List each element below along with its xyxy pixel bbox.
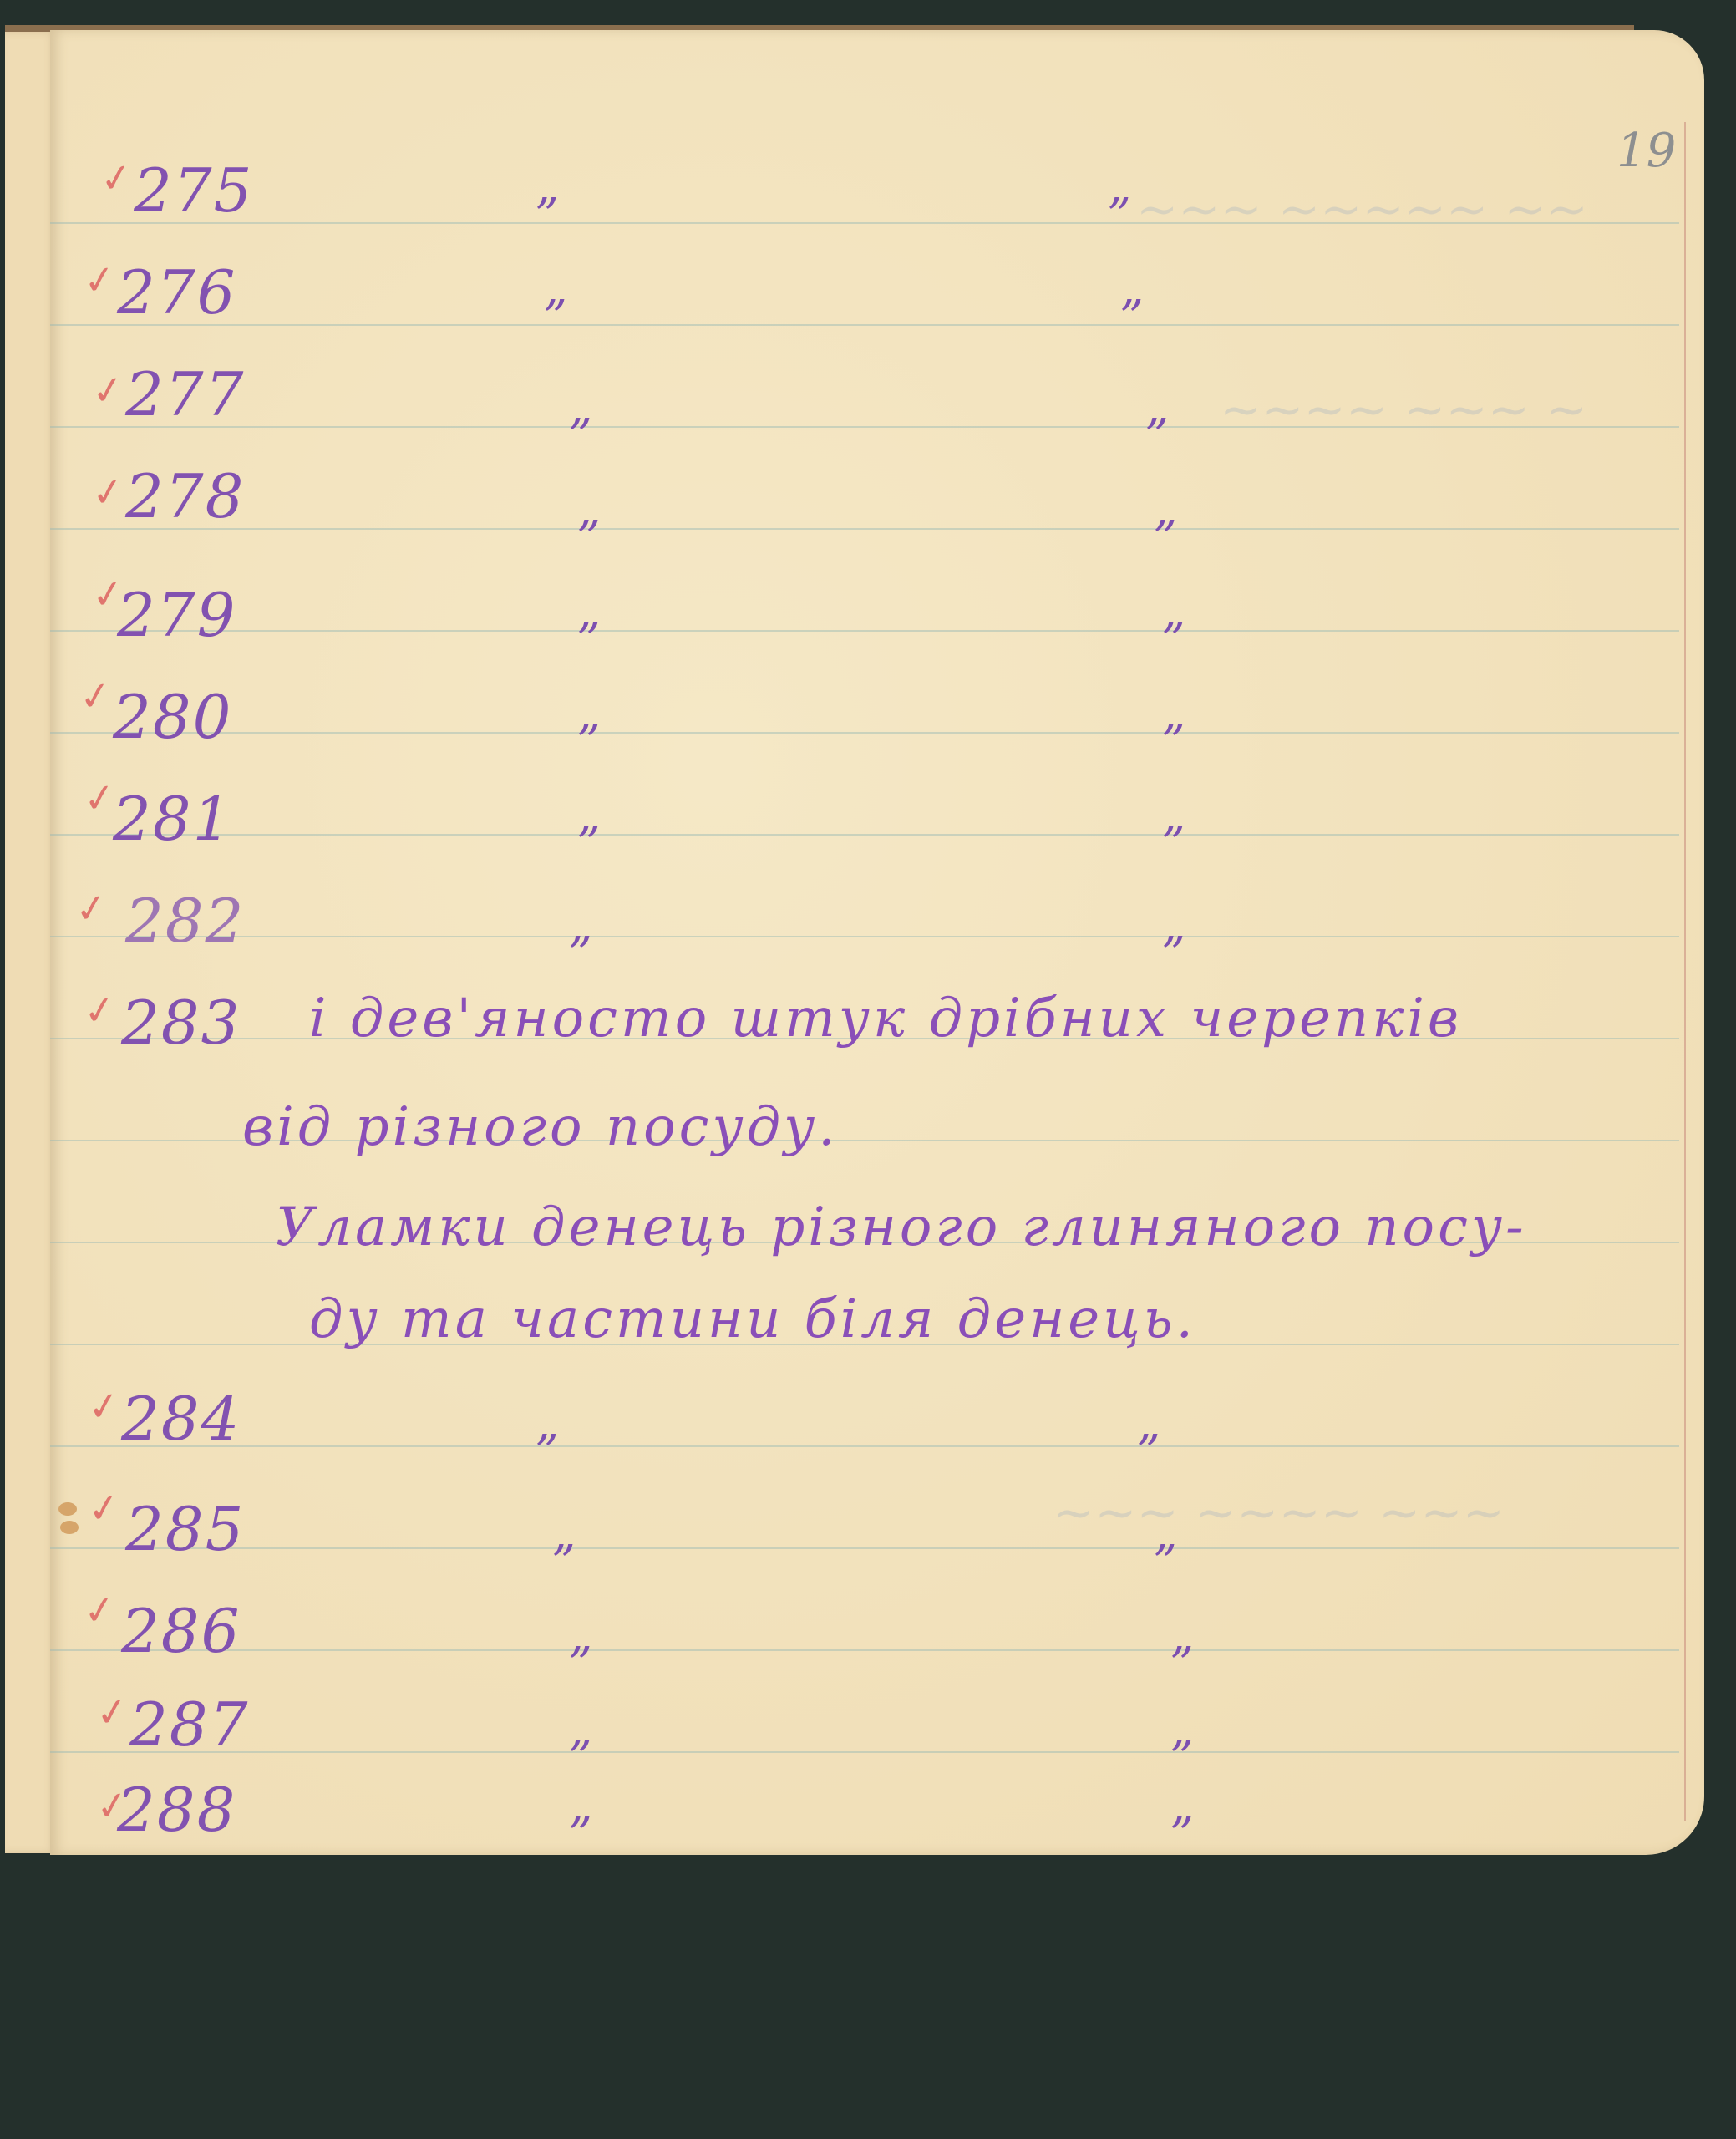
ditto-mark: ” bbox=[576, 715, 601, 770]
entry-number: 282 bbox=[125, 886, 245, 956]
list-item: ✓ 286 ” ” bbox=[50, 1588, 1704, 1679]
list-item: ✓ 279 ” ” bbox=[50, 563, 1704, 655]
ditto-mark: ” bbox=[1145, 409, 1169, 464]
entry-number: 283 bbox=[121, 988, 241, 1058]
stain bbox=[60, 1521, 79, 1534]
checkmark-icon: ✓ bbox=[80, 1586, 119, 1635]
checkmark-icon: ✓ bbox=[72, 884, 110, 933]
ditto-mark: ” bbox=[1136, 1425, 1160, 1480]
stain bbox=[58, 1502, 77, 1516]
ditto-mark: ” bbox=[535, 189, 559, 243]
list-item: ✓ 285 ” ” bbox=[50, 1486, 1704, 1578]
ditto-mark: ” bbox=[576, 511, 601, 566]
list-item: ✓ 275 ” ” bbox=[50, 155, 1704, 247]
checkmark-icon: ✓ bbox=[80, 986, 119, 1035]
ditto-mark: ” bbox=[576, 613, 601, 668]
list-item: ✓ 283 і дев'яносто штук дрібних черепків… bbox=[50, 971, 1704, 1372]
ditto-mark: ” bbox=[1161, 613, 1185, 668]
ditto-mark: ” bbox=[1107, 189, 1131, 243]
checkmark-icon: ✓ bbox=[93, 1688, 131, 1737]
description-line: від різного посуду. bbox=[242, 1096, 839, 1158]
ditto-mark: ” bbox=[1170, 1731, 1194, 1786]
list-item: ✓ 287 ” ” bbox=[50, 1689, 1704, 1781]
description-line: і дев'яносто штук дрібних черепків bbox=[309, 988, 1462, 1049]
description-line: Уламки денець різного глиняного посу- bbox=[276, 1197, 1527, 1258]
list-item: ✓ 278 ” ” bbox=[50, 461, 1704, 553]
entry-number: 279 bbox=[117, 580, 236, 650]
ditto-mark: ” bbox=[568, 409, 592, 464]
list-item: ✓ 280 ” ” bbox=[50, 665, 1704, 757]
checkmark-icon: ✓ bbox=[84, 1484, 123, 1533]
ditto-mark: ” bbox=[1153, 511, 1177, 566]
notebook-page: ~~~ ~~~~~ ~~ ~~~~ ~~~ ~ ~~~ ~~~~ ~~~ 19 … bbox=[50, 30, 1704, 1855]
ditto-mark: ” bbox=[568, 1638, 592, 1692]
checkmark-icon: ✓ bbox=[97, 154, 135, 203]
ditto-mark: ” bbox=[543, 291, 567, 345]
ditto-mark: ” bbox=[1170, 1638, 1194, 1692]
ditto-mark: ” bbox=[1161, 817, 1185, 871]
entry-number: 285 bbox=[125, 1494, 245, 1564]
checkmark-icon: ✓ bbox=[89, 468, 127, 517]
entry-number: 280 bbox=[113, 682, 232, 752]
entry-number: 278 bbox=[125, 461, 245, 531]
list-item: ✓ 284 ” ” bbox=[50, 1384, 1704, 1476]
entry-number: 287 bbox=[129, 1689, 249, 1760]
ditto-mark: ” bbox=[1161, 715, 1185, 770]
entry-number: 286 bbox=[121, 1596, 241, 1666]
checkmark-icon: ✓ bbox=[80, 256, 119, 305]
entry-number: 275 bbox=[134, 155, 253, 226]
ditto-mark: ” bbox=[551, 1536, 576, 1590]
list-item: ✓ 282 ” ” bbox=[50, 869, 1704, 961]
ditto-mark: ” bbox=[535, 1425, 559, 1480]
list-item bbox=[50, 1855, 1704, 1947]
checkmark-icon: ✓ bbox=[84, 1382, 123, 1431]
list-item: ✓ 277 ” ” bbox=[50, 359, 1704, 451]
list-item: ✓ 276 ” ” bbox=[50, 257, 1704, 349]
checkmark-icon: ✓ bbox=[89, 366, 127, 415]
ditto-mark: ” bbox=[1153, 1536, 1177, 1590]
entry-number: 284 bbox=[121, 1384, 241, 1454]
entry-number: 288 bbox=[117, 1775, 236, 1845]
entry-number: 276 bbox=[117, 257, 236, 328]
list-item: ✓ 281 ” ” bbox=[50, 767, 1704, 859]
ditto-mark: ” bbox=[1119, 291, 1144, 345]
entry-number: 281 bbox=[113, 784, 232, 854]
ditto-mark: ” bbox=[576, 817, 601, 871]
description-line: ду та частини біля денець. bbox=[309, 1288, 1196, 1350]
entry-number: 277 bbox=[125, 359, 245, 429]
ditto-mark: ” bbox=[568, 1731, 592, 1786]
checkmark-icon: ✓ bbox=[76, 672, 114, 721]
